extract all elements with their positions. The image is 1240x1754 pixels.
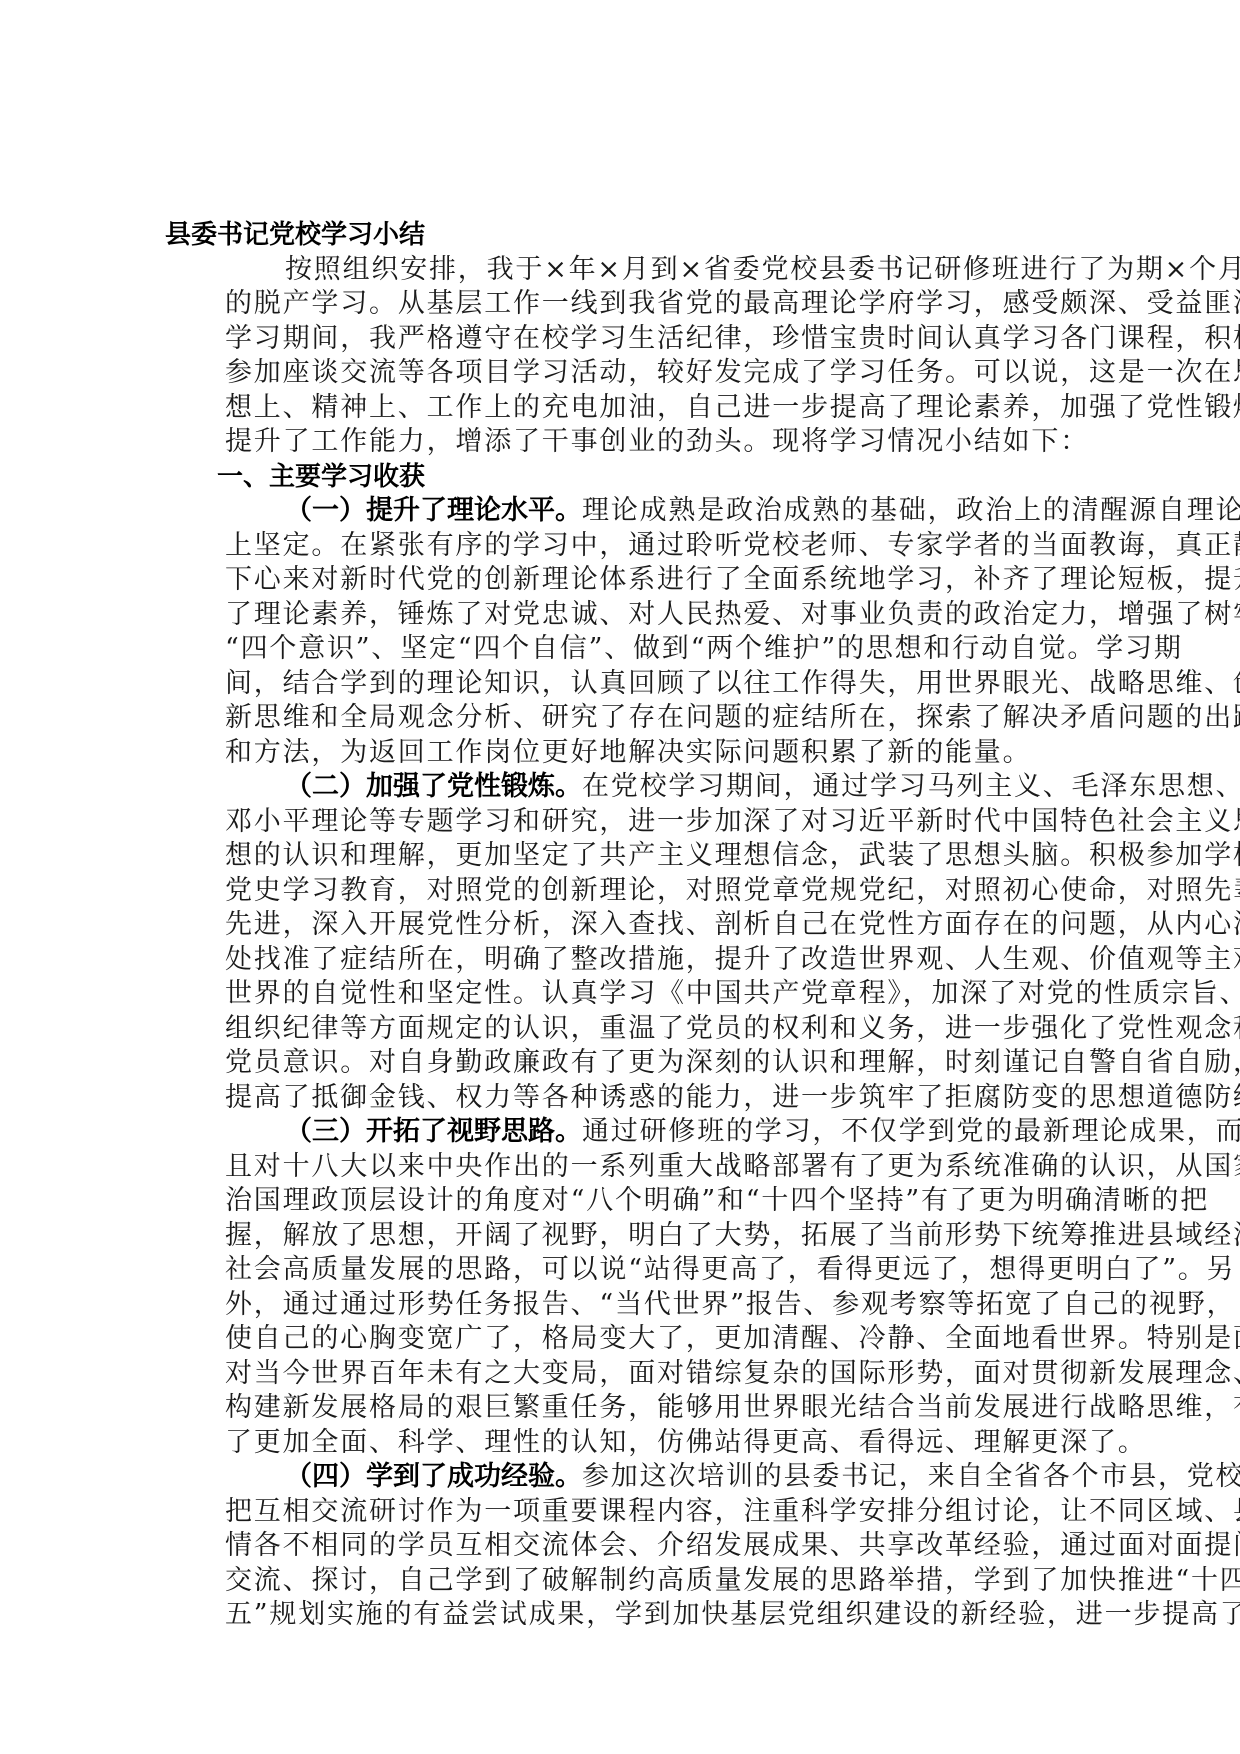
section-line: 握，解放了思想，开阔了视野，明白了大势，拓展了当前形势下统筹推进县域经济 <box>165 1219 1095 1254</box>
section-line: 下心来对新时代党的创新理论体系进行了全面系统地学习，补齐了理论短板，提升 <box>165 563 1095 598</box>
section-line: 社会高质量发展的思路，可以说“站得更高了，看得更远了，想得更明白了”。另 <box>165 1253 1095 1288</box>
section-line: 新思维和全局观念分析、研究了存在问题的症结所在，探索了解决矛盾问题的出路 <box>165 701 1095 736</box>
section-line: 对当今世界百年未有之大变局，面对错综复杂的国际形势，面对贯彻新发展理念、 <box>165 1357 1095 1392</box>
section-2-paragraph: （二）加强了党性锻炼。在党校学习期间，通过学习马列主义、毛泽东思想、 邓小平理论… <box>165 770 1095 1115</box>
section-line: 处找准了症结所在，明确了整改措施，提升了改造世界观、人生观、价值观等主观 <box>165 943 1095 978</box>
section-line: 五”规划实施的有益尝试成果，学到加快基层党组织建设的新经验，进一步提高了 <box>165 1598 1095 1633</box>
document-title: 县委书记党校学习小结 <box>165 218 1095 253</box>
section-first-line-text: 在党校学习期间，通过学习马列主义、毛泽东思想、 <box>582 771 1240 802</box>
section-line: 使自己的心胸变宽广了，格局变大了，更加清醒、冷静、全面地看世界。特别是面 <box>165 1322 1095 1357</box>
section-first-line: （四）学到了成功经验。参加这次培训的县委书记，来自全省各个市县，党校 <box>165 1460 1095 1495</box>
section-3-paragraph: （三）开拓了视野思路。通过研修班的学习，不仅学到党的最新理论成果，而 且对十八大… <box>165 1115 1095 1460</box>
section-line: “四个意识”、坚定“四个自信”、做到“两个维护”的思想和行动自觉。学习期 <box>165 632 1095 667</box>
section-line: 且对十八大以来中央作出的一系列重大战略部署有了更为系统准确的认识，从国家 <box>165 1150 1095 1185</box>
section-line: 上坚定。在紧张有序的学习中，通过聆听党校老师、专家学者的当面教诲，真正静 <box>165 529 1095 564</box>
section-line: 和方法，为返回工作岗位更好地解决实际问题积累了新的能量。 <box>165 736 1095 771</box>
section-line: 邓小平理论等专题学习和研究，进一步加深了对习近平新时代中国特色社会主义思 <box>165 805 1095 840</box>
section-lead: （二）加强了党性锻炼。 <box>285 771 582 802</box>
intro-line: 学习期间，我严格遵守在校学习生活纪律，珍惜宝贵时间认真学习各门课程，积极 <box>165 322 1095 357</box>
section-line: 世界的自觉性和坚定性。认真学习《中国共产党章程》，加深了对党的性质宗旨、 <box>165 977 1095 1012</box>
section-first-line-text: 参加这次培训的县委书记，来自全省各个市县，党校 <box>582 1461 1240 1492</box>
section-line: 想的认识和理解，更加坚定了共产主义理想信念，武装了思想头脑。积极参加学校 <box>165 839 1095 874</box>
section-line: 了更加全面、科学、理性的认知，仿佛站得更高、看得远、理解更深了。 <box>165 1426 1095 1461</box>
section-line: 情各不相同的学员互相交流体会、介绍发展成果、共享改革经验，通过面对面提问、 <box>165 1529 1095 1564</box>
section-line: 提高了抵御金钱、权力等各种诱惑的能力，进一步筑牢了拒腐防变的思想道德防线。 <box>165 1081 1095 1116</box>
section-line: 交流、探讨，自己学到了破解制约高质量发展的思路举措，学到了加快推进“十四 <box>165 1564 1095 1599</box>
intro-line: 按照组织安排，我于×年×月到×省委党校县委书记研修班进行了为期×个月 <box>165 253 1095 288</box>
intro-paragraph: 按照组织安排，我于×年×月到×省委党校县委书记研修班进行了为期×个月 的脱产学习… <box>165 253 1095 460</box>
section-4-paragraph: （四）学到了成功经验。参加这次培训的县委书记，来自全省各个市县，党校 把互相交流… <box>165 1460 1095 1633</box>
document-page: 县委书记党校学习小结 按照组织安排，我于×年×月到×省委党校县委书记研修班进行了… <box>165 218 1095 1633</box>
section-first-line: （二）加强了党性锻炼。在党校学习期间，通过学习马列主义、毛泽东思想、 <box>165 770 1095 805</box>
section-heading: 一、主要学习收获 <box>165 460 1095 495</box>
section-lead: （三）开拓了视野思路。 <box>285 1116 582 1147</box>
section-first-line-text: 通过研修班的学习，不仅学到党的最新理论成果，而 <box>582 1116 1240 1147</box>
intro-line: 想上、精神上、工作上的充电加油，自己进一步提高了理论素养，加强了党性锻炼， <box>165 391 1095 426</box>
intro-line: 参加座谈交流等各项目学习活动，较好发完成了学习任务。可以说，这是一次在思 <box>165 356 1095 391</box>
section-line: 党史学习教育，对照党的创新理论，对照党章党规党纪，对照初心使命，对照先辈 <box>165 874 1095 909</box>
section-first-line-text: 理论成熟是政治成熟的基础，政治上的清醒源自理论 <box>582 495 1240 526</box>
section-line: 把互相交流研讨作为一项重要课程内容，注重科学安排分组讨论，让不同区域、县 <box>165 1495 1095 1530</box>
section-1-paragraph: （一）提升了理论水平。理论成熟是政治成熟的基础，政治上的清醒源自理论 上坚定。在… <box>165 494 1095 770</box>
section-first-line: （三）开拓了视野思路。通过研修班的学习，不仅学到党的最新理论成果，而 <box>165 1115 1095 1150</box>
section-line: 组织纪律等方面规定的认识，重温了党员的权利和义务，进一步强化了党性观念和 <box>165 1012 1095 1047</box>
section-line: 外，通过通过形势任务报告、“当代世界”报告、参观考察等拓宽了自己的视野， <box>165 1288 1095 1323</box>
section-lead: （一）提升了理论水平。 <box>285 495 582 526</box>
section-line: 构建新发展格局的艰巨繁重任务，能够用世界眼光结合当前发展进行战略思维，有 <box>165 1391 1095 1426</box>
section-line: 了理论素养，锤炼了对党忠诚、对人民热爱、对事业负责的政治定力，增强了树牢 <box>165 598 1095 633</box>
intro-line: 的脱产学习。从基层工作一线到我省党的最高理论学府学习，感受颇深、受益匪浅。 <box>165 287 1095 322</box>
section-lead: （四）学到了成功经验。 <box>285 1461 582 1492</box>
section-line: 党员意识。对自身勤政廉政有了更为深刻的认识和理解，时刻谨记自警自省自励， <box>165 1046 1095 1081</box>
section-first-line: （一）提升了理论水平。理论成熟是政治成熟的基础，政治上的清醒源自理论 <box>165 494 1095 529</box>
section-line: 治国理政顶层设计的角度对“八个明确”和“十四个坚持”有了更为明确清晰的把 <box>165 1184 1095 1219</box>
section-line: 间，结合学到的理论知识，认真回顾了以往工作得失，用世界眼光、战略思维、创 <box>165 667 1095 702</box>
section-line: 先进，深入开展党性分析，深入查找、剖析自己在党性方面存在的问题，从内心深 <box>165 908 1095 943</box>
intro-line: 提升了工作能力，增添了干事创业的劲头。现将学习情况小结如下： <box>165 425 1095 460</box>
